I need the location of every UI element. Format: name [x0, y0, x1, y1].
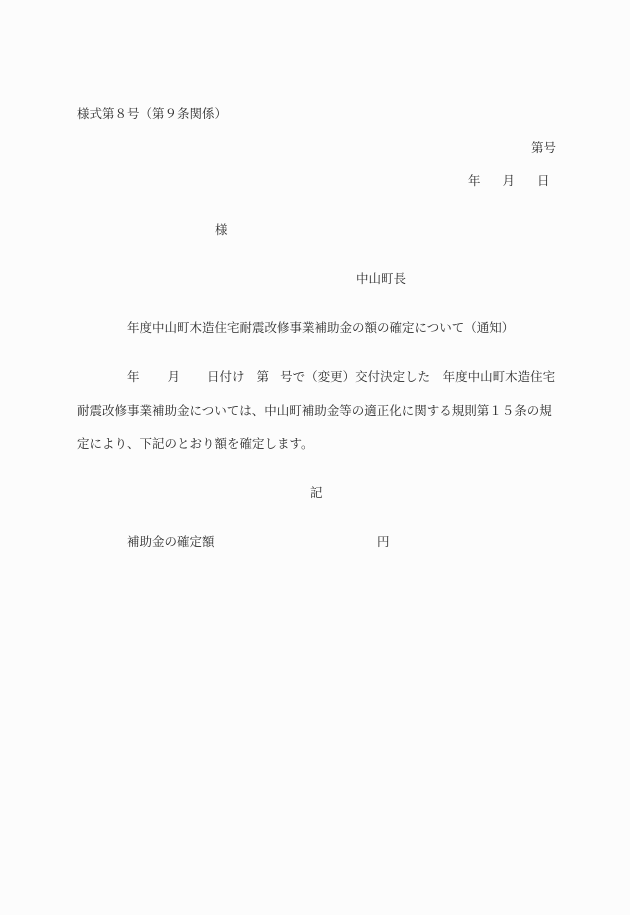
issue-date: 年月日 — [468, 173, 550, 189]
ki-heading: 記 — [310, 485, 323, 501]
document-title: 年度中山町木造住宅耐震改修事業補助金の額の確定について（通知） — [127, 320, 514, 336]
body-line-2: 耐震改修事業補助金については、中山町補助金等の適正化に関する規則第１５条の規 — [77, 403, 552, 419]
document-page: 様式第８号（第９条関係） 第号 年月日 様 中山町長 年度中山町木造住宅耐震改修… — [0, 0, 630, 915]
body-day-dated: 日付け — [207, 369, 245, 384]
date-year: 年 — [468, 173, 481, 188]
date-day: 日 — [537, 173, 550, 188]
addressee-honorific: 様 — [215, 222, 228, 238]
confirmed-amount-unit: 円 — [377, 534, 390, 550]
body-month: 月 — [168, 369, 181, 384]
document-number-label: 第号 — [531, 140, 556, 156]
body-dai: 第 — [257, 369, 270, 384]
form-label: 様式第８号（第９条関係） — [77, 106, 227, 122]
sender-name: 中山町長 — [356, 271, 406, 287]
body-line-1: 年月日付け第号で（変更）交付決定した 年度中山町木造住宅 — [127, 369, 555, 385]
confirmed-amount-row: 補助金の確定額 — [127, 534, 215, 550]
body-line-1-rest: 号で（変更）交付決定した 年度中山町木造住宅 — [280, 369, 555, 384]
date-month: 月 — [503, 173, 516, 188]
body-line-3: 定により、下記のとおり額を確定します。 — [77, 436, 314, 452]
confirmed-amount-label: 補助金の確定額 — [127, 534, 215, 549]
body-year: 年 — [127, 369, 140, 384]
